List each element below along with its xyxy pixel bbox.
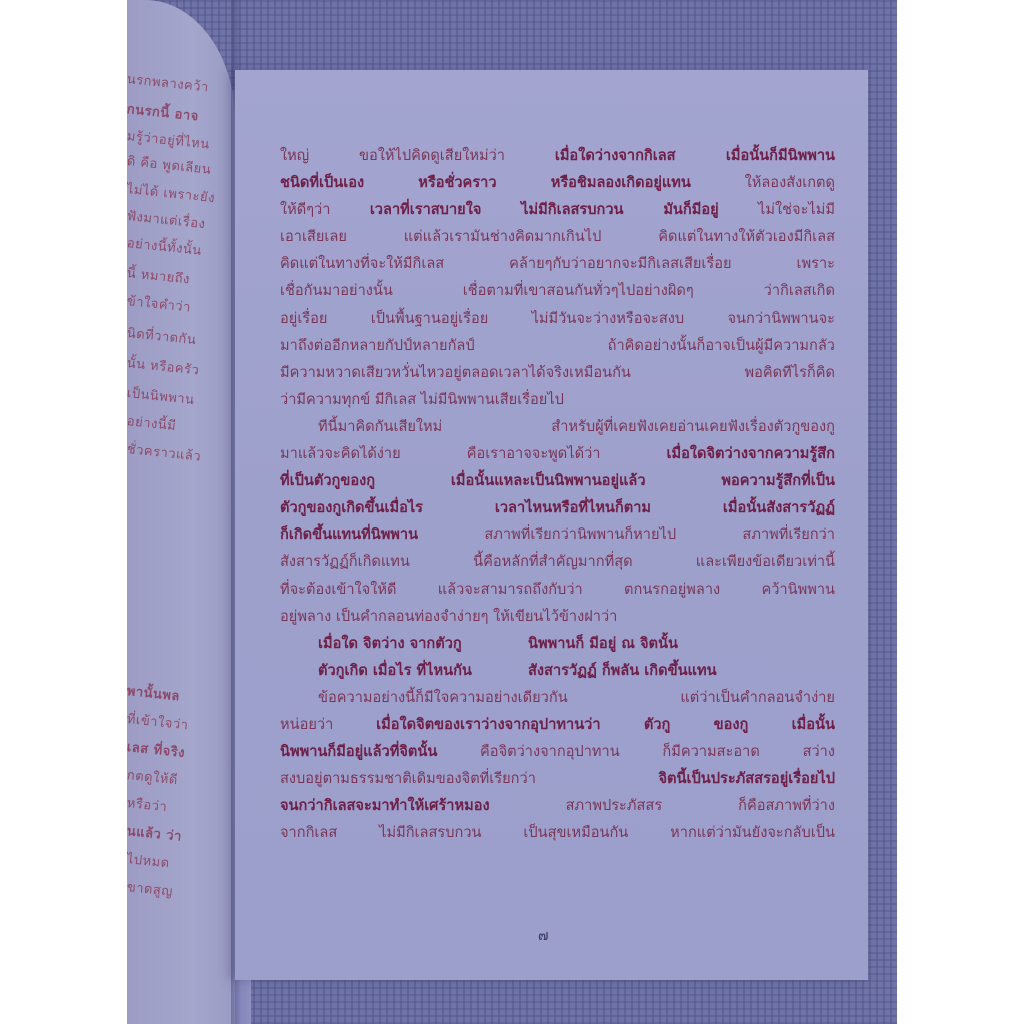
left-page-text-fragment: ขาดสูญ <box>127 876 174 902</box>
text-segment: ข้อความอย่างนี้ก็มีใจความอย่างเดียวกัน แ… <box>318 689 835 706</box>
text-line: อยู่พลาง เป็นคำกลอนท่องจำง่ายๆ ให้เขียนไ… <box>280 603 835 630</box>
verse-line: ตัวกูเกิด เมื่อไร ที่ไหนกันสังสารวัฏฏ์ ก… <box>280 657 835 684</box>
left-page-text-fragment: เลส ที่จริง <box>127 736 186 763</box>
text-line: ให้ดีๆว่า เวลาที่เราสบายใจ ไม่มีกิเลสรบก… <box>280 196 835 223</box>
left-page-text-fragment: ฟังมาแต่เรื่อง <box>127 205 206 234</box>
left-page-text-fragment: ที่เข้าใจว่า <box>127 708 190 735</box>
verse-line: เมื่อใด จิตว่าง จากตัวกูนิพพานก็ มีอยู่ … <box>280 630 835 657</box>
verse-left: ตัวกูเกิด เมื่อไร ที่ไหนกัน <box>318 657 528 684</box>
text-line: เอาเสียเลย แต่แล้วเรามันช่างคิดมากเกินไป… <box>280 223 835 250</box>
book-photo: นรกพลางคว้ากนรกนี้ อาจมรู้ว่าอยู่ที่ไหนด… <box>127 0 897 1024</box>
left-page-text-fragment: นแล้ว ว่า <box>127 820 183 847</box>
text-segment: มีความหวาดเสียวหวั่นไหวอยู่ตลอดเวลาได้จร… <box>280 364 835 381</box>
left-page-text-fragment: ชั่วคราวแล้ว <box>127 438 202 467</box>
bold-text-segment: นิพพานก็มีอยู่แล้วที่จิตนั้น <box>280 743 437 760</box>
bold-text-segment: เมื่อใดว่างจากกิเลส เมื่อนั้นก็มีนิพพาน <box>555 147 835 164</box>
left-page-text-fragment: ไม่ได้ เพราะยัง <box>127 178 216 208</box>
text-line: มาถึงต่ออีกหลายกัปป์หลายกัลป์ ถ้าคิดอย่า… <box>280 332 835 359</box>
page-number: ๗ <box>538 925 549 947</box>
left-page-text-fragment: อย่างนี้ทั้งนั้น <box>127 232 203 261</box>
right-page: ใหญ่ ขอให้ไปคิดดูเสียใหม่ว่า เมื่อใดว่าง… <box>235 70 868 980</box>
photo-scene: นรกพลางคว้ากนรกนี้ อาจมรู้ว่าอยู่ที่ไหนด… <box>0 0 1024 1024</box>
left-page-text-fragment: ข้าใจคำว่า <box>127 290 192 318</box>
verse-right: สังสารวัฏฏ์ ก็พลัน เกิดขึ้นแทน <box>528 657 717 684</box>
text-line: ชนิดที่เป็นเอง หรือชั่วคราว หรือชิมลองเก… <box>280 169 835 196</box>
left-page-text-fragment: มรู้ว่าอยู่ที่ไหน <box>127 125 211 155</box>
text-segment: สงบอยู่ตามธรรมชาติเดิมของจิตที่เรียกว่า <box>280 770 658 787</box>
text-segment: สังสารวัฏฏ์ก็เกิดแทน นี้คือหลักที่สำคัญม… <box>280 553 835 570</box>
text-segment: หน่อยว่า <box>280 716 376 733</box>
text-line: มาแล้วจะคิดได้ง่าย คือเราอาจจะพูดได้ว่า … <box>280 440 835 467</box>
text-segment: คือจิตว่างจากอุปาทาน ก็มีความสะอาด สว่าง <box>437 743 835 760</box>
bold-text-segment: ตัวกูของกูเกิดขึ้นเมื่อไร เวลาไหนหรือที่… <box>280 499 835 516</box>
text-segment: สภาพที่เรียกว่านิพพานก็หายไป สภาพที่เรีย… <box>418 526 835 543</box>
verse-right: นิพพานก็ มีอยู่ ณ จิตนั้น <box>528 630 678 657</box>
bold-text-segment: ชนิดที่เป็นเอง หรือชั่วคราว หรือชิมลองเก… <box>280 174 691 191</box>
left-page-text-fragment: กตดูให้ดี <box>127 764 179 790</box>
text-line: จากกิเลส ไม่มีกิเลสรบกวน เป็นสุขเหมือนกั… <box>280 819 835 846</box>
text-segment: ที่จะต้องเข้าใจให้ดี แล้วจะสามารถถึงกับว… <box>280 581 835 598</box>
left-page-text-fragment: นรกพลางคว้า <box>127 68 210 97</box>
bold-text-segment: ก็เกิดขึ้นแทนที่นิพพาน <box>280 526 418 543</box>
text-line: เชื่อกันมาอย่างนั้น เชื่อตามที่เขาสอนกัน… <box>280 277 835 304</box>
text-line: ที่จะต้องเข้าใจให้ดี แล้วจะสามารถถึงกับว… <box>280 576 835 603</box>
left-page-text-fragment: นี้ หมายถึง <box>127 262 191 290</box>
text-segment: ให้ดีๆว่า <box>280 201 370 218</box>
left-page-text-fragment: กนรกนี้ อาจ <box>127 98 200 126</box>
text-segment: จากกิเลส ไม่มีกิเลสรบกวน เป็นสุขเหมือนกั… <box>280 824 835 841</box>
bold-text-segment: จนกว่ากิเลสจะมาทำให้เศร้าหมอง <box>280 797 490 814</box>
page-body-text: ใหญ่ ขอให้ไปคิดดูเสียใหม่ว่า เมื่อใดว่าง… <box>280 142 835 846</box>
text-line: ข้อความอย่างนี้ก็มีใจความอย่างเดียวกัน แ… <box>280 684 835 711</box>
left-page-text-fragment: เป็นนิพพาน <box>127 382 196 410</box>
text-segment: ทีนี้มาคิดกันเสียใหม่ สำหรับผู้ที่เคยฟัง… <box>318 418 835 435</box>
text-line: ที่เป็นตัวกูของกู เมื่อนั้นแหละเป็นนิพพา… <box>280 467 835 494</box>
left-page-text-fragment: หรือว่า <box>127 792 168 817</box>
text-line: อยู่เรื่อย เป็นพื้นฐานอยู่เรื่อย ไม่มีวั… <box>280 305 835 332</box>
text-line: หน่อยว่า เมื่อใดจิตของเราว่างจากอุปาทานว… <box>280 711 835 738</box>
text-line: ว่ามีความทุกข์ มีกิเลส ไม่มีนิพพานเสียเร… <box>280 386 835 413</box>
text-segment: มาถึงต่ออีกหลายกัปป์หลายกัลป์ ถ้าคิดอย่า… <box>280 337 835 354</box>
left-page-text-fragment: อย่างนี้มี <box>127 410 177 436</box>
text-segment: คิดแต่ในทางที่จะให้มีกิเลส คล้ายๆกับว่าอ… <box>280 255 835 272</box>
text-segment: ให้ลองสังเกตดู <box>691 174 835 191</box>
bold-text-segment: เมื่อใดจิตของเราว่างจากอุปาทานว่า ตัวกู … <box>376 716 835 733</box>
text-segment: สภาพประภัสสร ก็คือสภาพที่ว่าง <box>490 797 835 814</box>
left-page: นรกพลางคว้ากนรกนี้ อาจมรู้ว่าอยู่ที่ไหนด… <box>127 0 235 1024</box>
text-segment: มาแล้วจะคิดได้ง่าย คือเราอาจจะพูดได้ว่า <box>280 445 667 462</box>
left-page-text-fragment: พานั้นพล <box>127 680 181 706</box>
text-line: ตัวกูของกูเกิดขึ้นเมื่อไร เวลาไหนหรือที่… <box>280 494 835 521</box>
text-line: มีความหวาดเสียวหวั่นไหวอยู่ตลอดเวลาได้จร… <box>280 359 835 386</box>
text-line: จนกว่ากิเลสจะมาทำให้เศร้าหมอง สภาพประภัส… <box>280 792 835 819</box>
verse-left: เมื่อใด จิตว่าง จากตัวกู <box>318 630 528 657</box>
text-line: สงบอยู่ตามธรรมชาติเดิมของจิตที่เรียกว่า … <box>280 765 835 792</box>
text-line: สังสารวัฏฏ์ก็เกิดแทน นี้คือหลักที่สำคัญม… <box>280 548 835 575</box>
left-page-text-fragment: นั้น หรือครัว <box>127 352 200 380</box>
text-line: ใหญ่ ขอให้ไปคิดดูเสียใหม่ว่า เมื่อใดว่าง… <box>280 142 835 169</box>
text-segment: เอาเสียเลย แต่แล้วเรามันช่างคิดมากเกินไป… <box>280 228 835 245</box>
bold-text-segment: จิตนี้เป็นประภัสสรอยู่เรื่อยไป <box>658 770 835 787</box>
text-line: ก็เกิดขึ้นแทนที่นิพพาน สภาพที่เรียกว่านิ… <box>280 521 835 548</box>
text-segment: ไม่ใช่จะไม่มี <box>719 201 835 218</box>
text-line: ทีนี้มาคิดกันเสียใหม่ สำหรับผู้ที่เคยฟัง… <box>280 413 835 440</box>
text-segment: อยู่เรื่อย เป็นพื้นฐานอยู่เรื่อย ไม่มีวั… <box>280 310 835 327</box>
left-page-text-fragment: นิดที่วาดกัน <box>127 322 197 350</box>
bold-text-segment: เวลาที่เราสบายใจ ไม่มีกิเลสรบกวน มันก็มี… <box>370 201 719 218</box>
bold-text-segment: เมื่อใดจิตว่างจากความรู้สึก <box>667 445 835 462</box>
text-segment: ว่ามีความทุกข์ มีกิเลส ไม่มีนิพพานเสียเร… <box>280 391 564 408</box>
text-segment: อยู่พลาง เป็นคำกลอนท่องจำง่ายๆ ให้เขียนไ… <box>280 608 617 625</box>
text-line: คิดแต่ในทางที่จะให้มีกิเลส คล้ายๆกับว่าอ… <box>280 250 835 277</box>
left-page-text-fragment: ไปหมด <box>127 848 171 873</box>
bold-text-segment: ที่เป็นตัวกูของกู เมื่อนั้นแหละเป็นนิพพา… <box>280 472 835 489</box>
text-segment: ใหญ่ ขอให้ไปคิดดูเสียใหม่ว่า <box>280 147 555 164</box>
text-segment: เชื่อกันมาอย่างนั้น เชื่อตามที่เขาสอนกัน… <box>280 282 835 299</box>
text-line: นิพพานก็มีอยู่แล้วที่จิตนั้น คือจิตว่างจ… <box>280 738 835 765</box>
left-page-text-fragment: ดิ คือ พูดเลียน <box>127 150 212 180</box>
